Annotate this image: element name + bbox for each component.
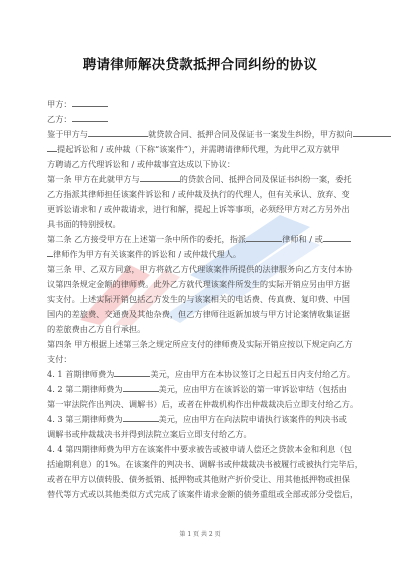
fill-in-blank — [140, 172, 180, 182]
party-a-blank — [72, 97, 108, 107]
text-segment: 具书面的特别授权。 — [47, 219, 121, 229]
text-segment: 4. 2 第二期律师费为 — [47, 384, 123, 394]
page-number: 第 1 页 共 2 页 — [0, 529, 400, 538]
text-segment: 提起诉讼和 / 或仲裁（下称“该案件”），并需聘请律师代理，为此甲乙双方就甲 — [57, 144, 339, 154]
text-segment: 方聘请乙方代理诉讼和 / 或仲裁事宜达成以下协议： — [47, 159, 235, 169]
text-segment: 第二条 乙方接受甲方在上述第一条中所作的委托，指派 — [47, 234, 246, 244]
text-line: 4. 2 第二期律师费为美元，应由甲方在该诉讼的第一审诉讼审结（包括由 — [47, 382, 353, 397]
text-segment: 国内的差旅费、交通费及其他杂费，但乙方律师往返新加坡与甲方讨论案情收集证据 — [47, 309, 350, 319]
text-segment: 美元，应由甲方在向法院申请执行该案件的判决书或 — [159, 414, 347, 424]
text-line: 更诉讼请求和 / 或仲裁请求，进行和解，提起上诉等事项，必须经甲方对乙方另外出 — [47, 202, 353, 217]
text-line: 第一条 甲方在此就甲方与的贷款合同、抵押合同及保证书纠纷一案，委托 — [47, 172, 353, 187]
text-line: 鉴于甲方与就贷款合同、抵押合同及保证书一案发生纠纷，甲方拟向 — [47, 127, 353, 142]
text-line: 调解书或仲裁裁决书并得到法院立案后立即支付给乙方。 — [47, 427, 353, 442]
text-line: 4. 4 第四期律师费为甲方在该案件中要求被告或被申请人偿还之贷款本金和利息（包 — [47, 442, 353, 457]
text-segment: 乙方指派其律师担任该案件诉讼和 / 或仲裁及执行的代理人，但有关承认、放弃、变 — [47, 189, 350, 199]
text-line: 方聘请乙方代理诉讼和 / 或仲裁事宜达成以下协议： — [47, 157, 353, 172]
fill-in-blank — [246, 232, 282, 242]
text-line: 第二条 乙方接受甲方在上述第一条中所作的委托，指派律师和 / 或 — [47, 232, 353, 247]
text-segment: 美元，应由甲方在本协议签订之日起五日内支付给乙方。 — [150, 369, 355, 379]
text-segment: 律师和 / 或 — [282, 234, 323, 244]
text-line: 具书面的特别授权。 — [47, 217, 353, 232]
text-line: 或者在甲方以债转股、债务抵销、抵押物或其他财产折价受让、用其他抵押物或担保 — [47, 472, 353, 487]
text-line: 第一审法院作出判决、调解书）后，或者在仲裁机构作出仲裁裁决后立即支付给乙方。 — [47, 397, 353, 412]
party-b-line: 乙方： — [47, 112, 353, 127]
text-line: 第四条 甲方根据上述第三条之规定所应支付的律师费及实际开销应按以下规定向乙方 — [47, 337, 353, 352]
agreement-body: 甲方： 乙方： 鉴于甲方与就贷款合同、抵押合同及保证书一案发生纠纷，甲方拟向提起… — [47, 97, 353, 502]
text-line: 实支付。上述实际开销包括乙方发生的与该案相关的电话费、传真费、复印费、中国 — [47, 292, 353, 307]
text-line: 乙方指派其律师担任该案件诉讼和 / 或仲裁及执行的代理人，但有关承认、放弃、变 — [47, 187, 353, 202]
text-line: 的差旅费由乙方自行承担。 — [47, 322, 353, 337]
text-segment: 律师作为甲方有关该案件的诉讼和 / 或仲裁代理人。 — [53, 249, 241, 259]
text-line: 律师作为甲方有关该案件的诉讼和 / 或仲裁代理人。 — [47, 247, 353, 262]
text-line: 第三条 甲、乙双方同意，甲方将就乙方代理该案件所提供的法律服务向乙方支付本协 — [47, 262, 353, 277]
text-line: 4. 3 第三期律师费为美元，应由甲方在向法院申请执行该案件的判决书或 — [47, 412, 353, 427]
text-segment: 4. 1 首期律师费为 — [47, 369, 114, 379]
text-line: 替代等方式或以其他类似方式完成了该案件请求金额的债务重组或全部或部分受偿后， — [47, 487, 353, 502]
text-line: 括逾期利息）的1%。在该案件的判决书、调解书或仲裁裁决书被履行或被执行完毕后， — [47, 457, 353, 472]
fill-in-blank — [47, 142, 57, 152]
text-segment: 4. 3 第三期律师费为 — [47, 414, 123, 424]
party-a-label: 甲方： — [47, 99, 72, 109]
text-segment: 美元，应由甲方在该诉讼的第一审诉讼审结（包括由 — [159, 384, 347, 394]
text-segment: 更诉讼请求和 / 或仲裁请求，进行和解，提起上诉等事项，必须经甲方对乙方另外出 — [47, 204, 350, 214]
party-b-label: 乙方： — [47, 114, 72, 124]
text-segment: 调解书或仲裁裁决书并得到法院立案后立即支付给乙方。 — [47, 429, 252, 439]
text-line: 议第四条规定金额的律师费。此外乙方就代理该案件所发生的实际开销应另由甲方据 — [47, 277, 353, 292]
document-page: 聘请律师解决贷款抵押合同纠纷的协议 甲方： 乙方： 鉴于甲方与就贷款合同、抵押合… — [0, 0, 400, 565]
fill-in-blank — [353, 127, 391, 137]
fill-in-blank — [323, 232, 351, 242]
agreement-clauses: 鉴于甲方与就贷款合同、抵押合同及保证书一案发生纠纷，甲方拟向提起诉讼和 / 或仲… — [47, 127, 353, 502]
fill-in-blank — [123, 382, 159, 392]
text-line: 支付： — [47, 352, 353, 367]
text-segment: 或者在甲方以债转股、债务抵销、抵押物或其他财产折价受让、用其他抵押物或担保 — [47, 474, 350, 484]
text-segment: 鉴于甲方与 — [47, 129, 88, 139]
text-segment: 替代等方式或以其他类似方式完成了该案件请求金额的债务重组或全部或部分受偿后， — [47, 489, 358, 499]
text-segment: 第一审法院作出判决、调解书）后，或者在仲裁机构作出仲裁裁决后立即支付给乙方。 — [47, 399, 358, 409]
fill-in-blank — [123, 412, 159, 422]
text-segment: 的贷款合同、抵押合同及保证书纠纷一案，委托 — [180, 174, 352, 184]
party-b-blank — [72, 112, 108, 122]
text-segment: 第一条 甲方在此就甲方与 — [47, 174, 140, 184]
text-segment: 的差旅费由乙方自行承担。 — [47, 324, 145, 334]
party-a-line: 甲方： — [47, 97, 353, 112]
text-segment: 第三条 甲、乙双方同意，甲方将就乙方代理该案件所提供的法律服务向乙方支付本协 — [47, 264, 353, 274]
text-segment: 议第四条规定金额的律师费。此外乙方就代理该案件所发生的实际开销应另由甲方据 — [47, 279, 350, 289]
text-segment: 就贷款合同、抵押合同及保证书一案发生纠纷，甲方拟向 — [148, 129, 353, 139]
text-line: 国内的差旅费、交通费及其他杂费，但乙方律师往返新加坡与甲方讨论案情收集证据 — [47, 307, 353, 322]
text-segment: 第四条 甲方根据上述第三条之规定所应支付的律师费及实际开销应按以下规定向乙方 — [47, 339, 353, 349]
text-line: 4. 1 首期律师费为美元，应由甲方在本协议签订之日起五日内支付给乙方。 — [47, 367, 353, 382]
fill-in-blank — [114, 367, 150, 377]
text-line: 提起诉讼和 / 或仲裁（下称“该案件”），并需聘请律师代理，为此甲乙双方就甲 — [47, 142, 353, 157]
text-segment: 实支付。上述实际开销包括乙方发生的与该案相关的电话费、传真费、复印费、中国 — [47, 294, 350, 304]
page-title: 聘请律师解决贷款抵押合同纠纷的协议 — [0, 53, 400, 73]
text-segment: 支付： — [47, 354, 72, 364]
text-segment: 括逾期利息）的1%。在该案件的判决书、调解书或仲裁裁决书被履行或被执行完毕后， — [47, 459, 363, 469]
text-segment: 4. 4 第四期律师费为甲方在该案件中要求被告或被申请人偿还之贷款本金和利息（包 — [47, 444, 352, 454]
fill-in-blank — [88, 127, 148, 137]
